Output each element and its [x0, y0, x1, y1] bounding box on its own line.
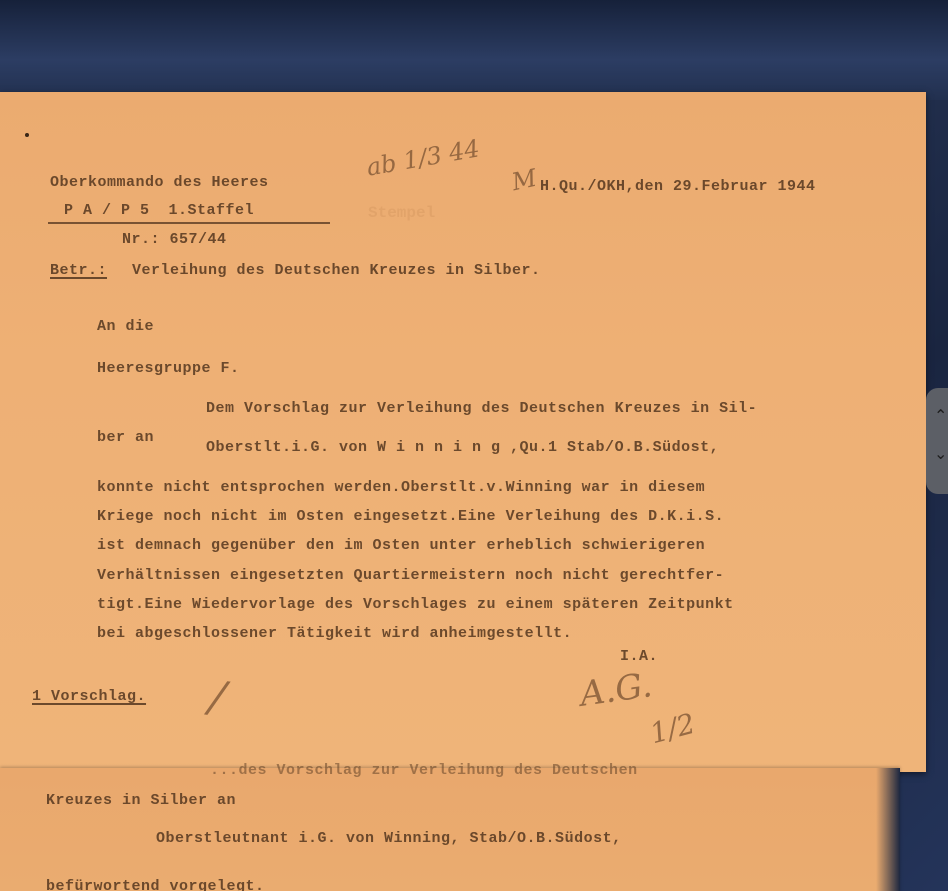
fabric-background: [0, 0, 948, 100]
second-sheet-line-1: Kreuzes in Silber an: [46, 792, 236, 809]
letterhead-department: P A / P 5 1.Staffel: [64, 202, 254, 219]
body-line-8: bei abgeschlossener Tätigkeit wird anhei…: [97, 625, 572, 642]
recipient-line-2: Heeresgruppe F.: [97, 360, 240, 377]
second-sheet-cut-line: ...des Vorschlag zur Verleihung des Deut…: [210, 762, 638, 779]
signature-prefix: I.A.: [620, 648, 658, 665]
body-line-7: tigt.Eine Wiedervorlage des Vorschlages …: [97, 596, 734, 613]
letterhead-authority: Oberkommando des Heeres: [50, 174, 269, 191]
subject-label: Betr.:: [50, 262, 107, 279]
handwritten-signature: A.G.: [578, 665, 655, 715]
handwritten-initial: M: [509, 164, 539, 196]
body-line-4: Kriege noch nicht im Osten eingesetzt.Ei…: [97, 508, 724, 525]
department-underline: [48, 222, 330, 224]
handwritten-annotation: ab 1/3 44: [364, 134, 481, 181]
faint-stamp: Stempel: [368, 204, 435, 222]
second-document-sheet: ...des Vorschlag zur Verleihung des Deut…: [0, 768, 900, 891]
body-margin-note: ber an: [97, 429, 154, 446]
recipient-line-1: An die: [97, 318, 154, 335]
subject-text: Verleihung des Deutschen Kreuzes in Silb…: [132, 262, 541, 279]
punch-dot: [25, 133, 29, 137]
reference-number: Nr.: 657/44: [122, 231, 227, 248]
body-line-5: ist demnach gegenüber den im Osten unter…: [97, 537, 705, 554]
place-date: H.Qu./OKH,den 29.Februar 1944: [540, 178, 816, 195]
enclosure-note: 1 Vorschlag.: [32, 688, 146, 705]
handwritten-mark: /: [207, 671, 229, 724]
body-line-3: konnte nicht entsprochen werden.Oberstlt…: [97, 479, 705, 496]
scroll-widget[interactable]: ⌃ ⌄: [926, 388, 948, 494]
document-sheet: Stempel Oberkommando des Heeres P A / P …: [0, 92, 926, 772]
body-line-1: Dem Vorschlag zur Verleihung des Deutsch…: [206, 400, 757, 417]
handwritten-signature-date: 1/2: [646, 707, 698, 751]
torn-edge: [876, 768, 900, 891]
body-line-6: Verhältnissen eingesetzten Quartiermeist…: [97, 567, 724, 584]
chevron-up-icon[interactable]: ⌃: [934, 406, 947, 425]
second-sheet-line-3: befürwortend vorgelegt.: [46, 878, 265, 891]
body-line-2: Oberstlt.i.G. von W i n n i n g ,Qu.1 St…: [206, 439, 719, 456]
second-sheet-line-2: Oberstleutnant i.G. von Winning, Stab/O.…: [156, 830, 622, 847]
chevron-down-icon[interactable]: ⌄: [934, 444, 947, 463]
